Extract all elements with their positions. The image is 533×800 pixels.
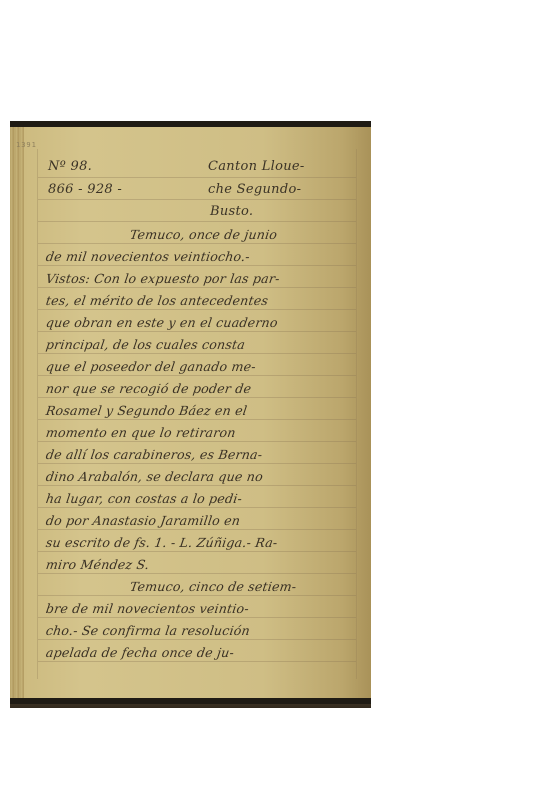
- ruled-writing-area: Nº 98. 866 - 928 - Canton Lloue- che Seg…: [37, 149, 357, 679]
- body-line: principal, de los cuales consta: [45, 337, 246, 352]
- body-line: ha lugar, con costas a lo pedi-: [45, 491, 243, 506]
- body-line: cho.- Se confirma la resolución: [45, 623, 251, 638]
- ruled-line: [38, 441, 356, 442]
- document-viewer: 1391: [0, 0, 533, 800]
- party-line-1: Canton Lloue-: [208, 159, 305, 174]
- body-line: apelada de fecha once de ju-: [45, 645, 235, 660]
- ruled-line: [38, 595, 356, 596]
- body-line: Temuco, once de junio: [129, 227, 278, 242]
- ruled-line: [38, 639, 356, 640]
- body-line: bre de mil novecientos veintio-: [45, 601, 250, 616]
- body-line: tes, el mérito de los antecedentes: [45, 293, 269, 308]
- ruled-line: [38, 353, 356, 354]
- body-line: de allí los carabineros, es Berna-: [45, 447, 263, 462]
- ruled-line: [38, 375, 356, 376]
- ruled-line: [38, 287, 356, 288]
- ruled-line: [38, 551, 356, 552]
- ruled-line: [38, 507, 356, 508]
- ruled-line: [38, 485, 356, 486]
- body-line: nor que se recogió de poder de: [45, 381, 252, 396]
- ruled-line: [38, 243, 356, 244]
- body-line: do por Anastasio Jaramillo en: [45, 513, 241, 528]
- ruled-line: [38, 221, 356, 222]
- body-line: de mil novecientos veintiocho.-: [45, 249, 251, 264]
- ruled-line: [38, 199, 356, 200]
- ruled-line: [38, 177, 356, 178]
- body-line: Vistos: Con lo expuesto por las par-: [45, 271, 281, 286]
- body-line: momento en que lo retiraron: [45, 425, 237, 440]
- ruled-line: [38, 309, 356, 310]
- ruled-line: [38, 265, 356, 266]
- body-line: Rosamel y Segundo Báez en el: [45, 403, 248, 418]
- body-line: Temuco, cinco de setiem-: [129, 579, 297, 594]
- body-line: que obran en este y en el cuaderno: [45, 315, 279, 330]
- ledger-page: 1391: [10, 127, 371, 698]
- body-line: que el poseedor del ganado me-: [45, 359, 257, 374]
- page-edge-stack: [10, 127, 24, 698]
- case-number: Nº 98.: [48, 159, 92, 174]
- body-line: su escrito de fs. 1. - L. Zúñiga.- Ra-: [45, 535, 279, 550]
- ruled-line: [38, 529, 356, 530]
- page-bottom-shadow: [10, 704, 371, 708]
- ruled-line: [38, 331, 356, 332]
- ruled-line: [38, 617, 356, 618]
- ruled-line: [38, 463, 356, 464]
- party-line-2: che Segundo-: [208, 182, 301, 197]
- archive-stamp-number: 1391: [16, 141, 37, 149]
- folio-range: 866 - 928 -: [48, 182, 122, 197]
- ruled-line: [38, 419, 356, 420]
- party-line-3: Busto.: [210, 204, 253, 219]
- ruled-line: [38, 397, 356, 398]
- body-line: miro Méndez S.: [45, 557, 150, 572]
- ruled-line: [38, 573, 356, 574]
- body-line: dino Arabalón, se declara que no: [45, 469, 264, 484]
- scanned-page-image: 1391: [10, 121, 371, 708]
- ruled-line: [38, 661, 356, 662]
